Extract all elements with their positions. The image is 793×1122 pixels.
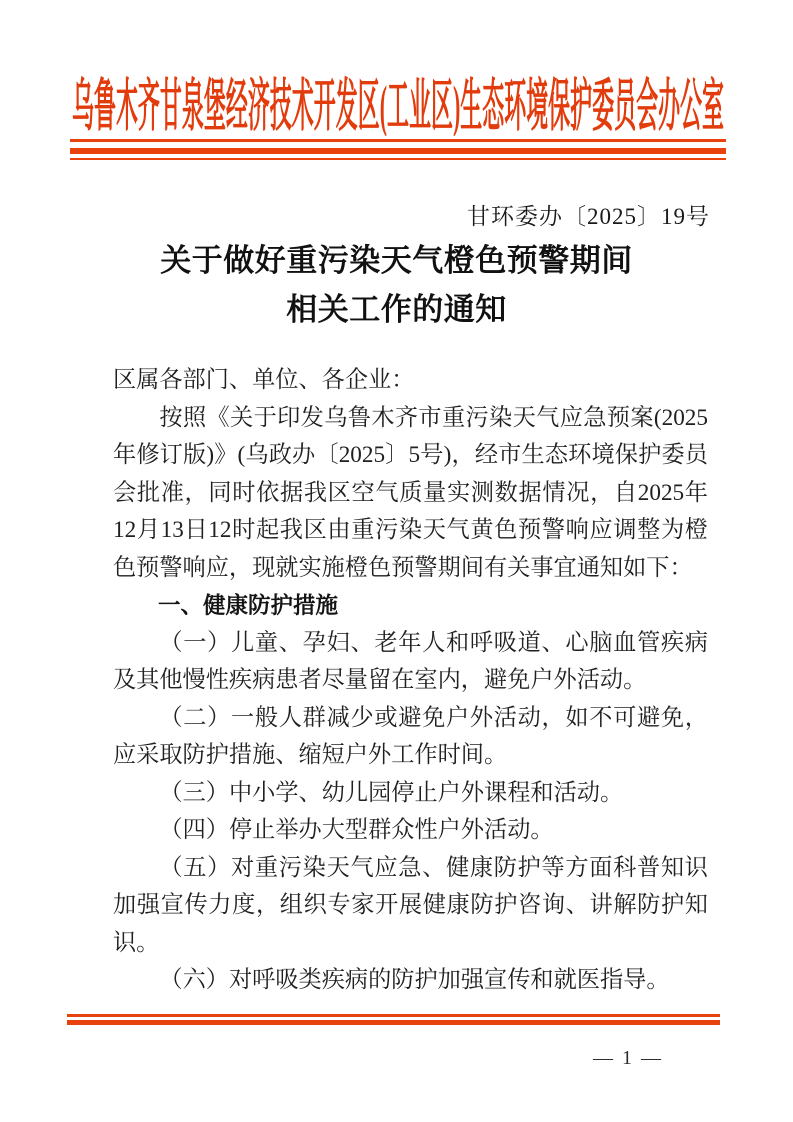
footer-rule-thin bbox=[67, 1014, 720, 1017]
intro-paragraph: 按照《关于印发乌鲁木齐市重污染天气应急预案(2025年修订版)》(乌政办〔202… bbox=[113, 400, 708, 588]
footer-rule-thick bbox=[67, 1020, 720, 1025]
notice-item-5: （五）对重污染天气应急、健康防护等方面科普知识加强宣传力度，组织专家开展健康防护… bbox=[113, 850, 708, 963]
masthead-rule-thin-top bbox=[70, 139, 726, 142]
notice-item-4: （四）停止举办大型群众性户外活动。 bbox=[113, 812, 708, 850]
salutation: 区属各部门、单位、各企业： bbox=[113, 362, 708, 400]
doc-body: 区属各部门、单位、各企业： 按照《关于印发乌鲁木齐市重污染天气应急预案(2025… bbox=[113, 362, 708, 1000]
doc-number: 甘环委办〔2025〕19号 bbox=[0, 204, 793, 230]
masthead-rule bbox=[70, 139, 726, 160]
section-1-heading: 一、健康防护措施 bbox=[113, 587, 708, 625]
notice-title-line-1: 关于做好重污染天气橙色预警期间 bbox=[0, 236, 793, 285]
org-name: 乌鲁木齐甘泉堡经济技术开发区(工业区)生态环境保护委员会办公室 bbox=[72, 75, 724, 136]
masthead-rule-thin-bottom bbox=[70, 158, 726, 160]
masthead: 乌鲁木齐甘泉堡经济技术开发区(工业区)生态环境保护委员会办公室 bbox=[70, 0, 726, 136]
masthead-rule-thick bbox=[70, 148, 726, 154]
notice-item-2: （二）一般人群减少或避免户外活动，如不可避免，应采取防护措施、缩短户外工作时间。 bbox=[113, 700, 708, 775]
notice-item-6: （六）对呼吸类疾病的防护加强宣传和就医指导。 bbox=[113, 962, 708, 1000]
page-number: — 1 — bbox=[0, 1047, 793, 1070]
notice-item-1: （一）儿童、孕妇、老年人和呼吸道、心脑血管疾病及其他慢性疾病患者尽量留在室内，避… bbox=[113, 625, 708, 700]
footer-rule bbox=[67, 1014, 720, 1025]
document-page: 乌鲁木齐甘泉堡经济技术开发区(工业区)生态环境保护委员会办公室 甘环委办〔202… bbox=[0, 0, 793, 1122]
masthead-svg: 乌鲁木齐甘泉堡经济技术开发区(工业区)生态环境保护委员会办公室 bbox=[70, 72, 726, 136]
notice-item-3: （三）中小学、幼儿园停止户外课程和活动。 bbox=[113, 775, 708, 813]
notice-title: 关于做好重污染天气橙色预警期间 相关工作的通知 bbox=[0, 236, 793, 334]
notice-title-line-2: 相关工作的通知 bbox=[0, 285, 793, 334]
